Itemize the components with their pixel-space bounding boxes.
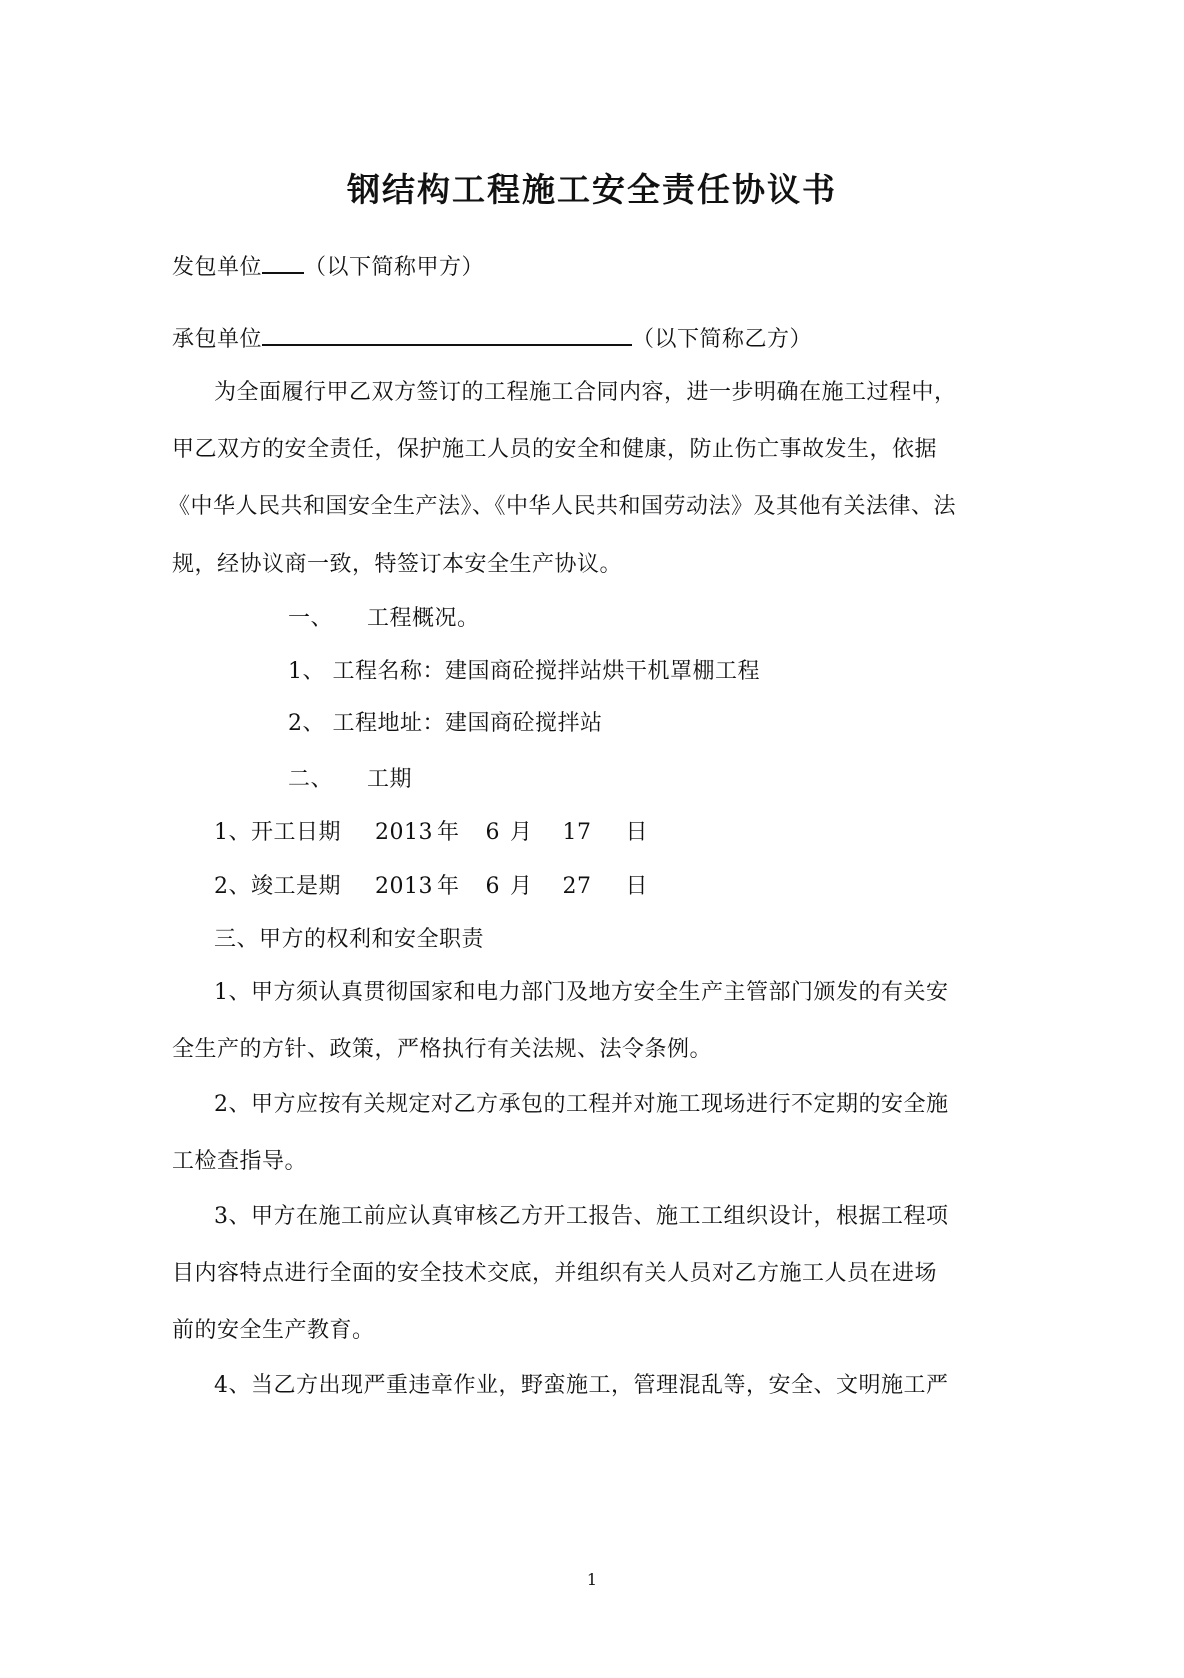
clause-line-3: 2、甲方应按有关规定对乙方承包的工程并对施工现场进行不定期的安全施	[214, 1090, 949, 1120]
party-a-label: 发包单位	[172, 255, 262, 280]
start-date-label: 1、开工日期	[214, 820, 341, 845]
start-date-line: 1、开工日期2013年6月17日	[214, 818, 648, 848]
clause-line-2: 全生产的方针、政策，严格执行有关法规、法令条例。	[172, 1035, 712, 1065]
document-title: 钢结构工程施工安全责任协议书	[0, 168, 1184, 212]
clause-line-5: 3、甲方在施工前应认真审核乙方开工报告、施工工组织设计，根据工程项	[214, 1202, 949, 1232]
day-unit: 日	[626, 820, 649, 845]
start-date-month: 6	[486, 820, 501, 845]
section-2-heading: 二、工期	[288, 765, 412, 795]
party-a-line: 发包单位（以下简称甲方）	[172, 252, 484, 283]
month-unit: 月	[510, 820, 533, 845]
party-a-suffix: （以下简称甲方）	[304, 255, 484, 280]
year-unit: 年	[437, 820, 460, 845]
party-b-line: 承包单位（以下简称乙方）	[172, 324, 812, 355]
party-b-suffix: （以下简称乙方）	[632, 327, 812, 352]
end-date-month: 6	[486, 874, 501, 899]
section-2-title: 工期	[367, 767, 412, 792]
year-unit: 年	[437, 874, 460, 899]
end-date-day: 27	[563, 874, 592, 899]
section-3-heading: 三、甲方的权利和安全职责	[214, 925, 484, 955]
section-1-heading: 一、工程概况。	[288, 604, 480, 634]
clause-line-7: 前的安全生产教育。	[172, 1316, 375, 1346]
start-date-year: 2013	[375, 820, 433, 845]
intro-line-1: 为全面履行甲乙双方签订的工程施工合同内容，进一步明确在施工过程中，	[214, 378, 957, 408]
clause-line-4: 工检查指导。	[172, 1147, 307, 1177]
project-name: 1、 工程名称：建国商砼搅拌站烘干机罩棚工程	[288, 657, 760, 687]
month-unit: 月	[510, 874, 533, 899]
intro-line-2: 甲乙双方的安全责任，保护施工人员的安全和健康，防止伤亡事故发生，依据	[172, 435, 937, 465]
project-address: 2、 工程地址：建国商砼搅拌站	[288, 709, 603, 739]
party-b-label: 承包单位	[172, 327, 262, 352]
party-a-blank[interactable]	[262, 252, 304, 274]
intro-line-4: 规，经协议商一致，特签订本安全生产协议。	[172, 550, 622, 580]
end-date-year: 2013	[375, 874, 433, 899]
page-number: 1	[0, 1570, 1184, 1589]
start-date-day: 17	[563, 820, 592, 845]
section-1-num: 一、	[288, 606, 333, 631]
section-2-num: 二、	[288, 767, 333, 792]
day-unit: 日	[626, 874, 649, 899]
party-b-blank[interactable]	[262, 324, 632, 346]
intro-line-3: 《中华人民共和国安全生产法》、《中华人民共和国劳动法》及其他有关法律、法	[168, 492, 956, 522]
end-date-label: 2、竣工是期	[214, 874, 341, 899]
clause-line-1: 1、甲方须认真贯彻国家和电力部门及地方安全生产主管部门颁发的有关安	[214, 978, 949, 1008]
clause-line-6: 目内容特点进行全面的安全技术交底，并组织有关人员对乙方施工人员在进场	[172, 1259, 937, 1289]
end-date-line: 2、竣工是期2013年6月27日	[214, 872, 648, 902]
document-page: 钢结构工程施工安全责任协议书 发包单位（以下简称甲方） 承包单位（以下简称乙方）…	[0, 0, 1184, 1678]
section-1-title: 工程概况。	[367, 606, 480, 631]
clause-line-8: 4、当乙方出现严重违章作业，野蛮施工，管理混乱等，安全、文明施工严	[214, 1371, 949, 1401]
